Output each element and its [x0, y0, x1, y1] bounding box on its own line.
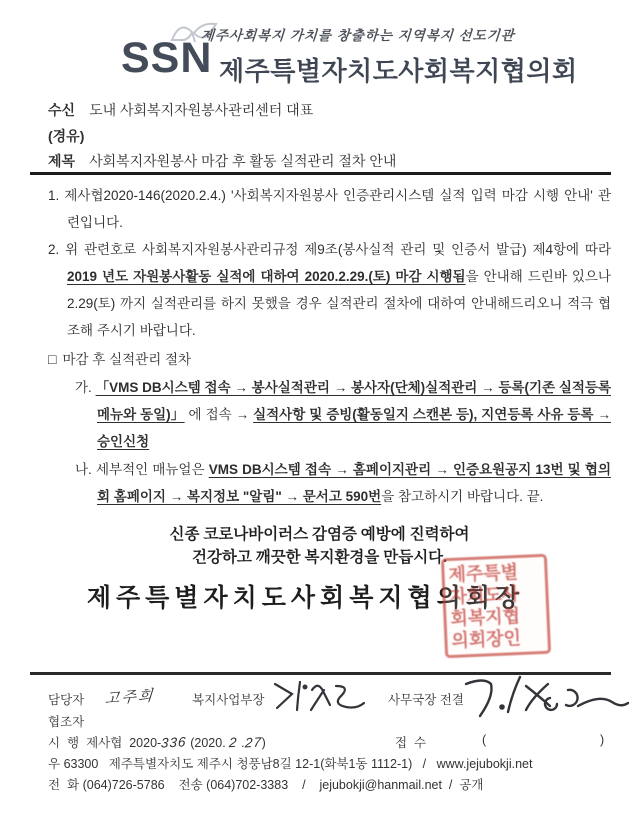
paragraph-2-text: 2. 위 관련호로 사회복지자원봉사관리규정 제9조(봉사실적 관리 및 인증서… — [48, 242, 611, 257]
subject-label: 제목 — [48, 153, 75, 169]
campaign-line-1: 신종 코로나바이러스 감염증 예방에 진력하여 — [0, 523, 639, 546]
date-open: (2020. — [187, 736, 229, 750]
item-ga-middle: 에 접속 → — [185, 407, 253, 422]
seal-row: 의회장인 — [451, 628, 544, 650]
receipt-paren-close: ) — [600, 733, 604, 747]
disclosure-label: 공개 — [459, 778, 483, 792]
tel-number: (064)726-5786 — [83, 778, 165, 792]
date-close: ) — [262, 736, 266, 750]
recipient-row: 수신도내 사회복지자원봉사관리센터 대표 — [48, 100, 313, 120]
fax-label: 전송 — [179, 778, 203, 792]
website: www.jejubokji.net — [437, 757, 533, 771]
item-na-prefix: 세부적인 매뉴얼은 — [96, 462, 209, 477]
date-day-handwritten: 27 — [244, 735, 262, 751]
document-body: 1. 제사협2020-146(2020.2.4.) '사회복지자원봉사 인증관리… — [48, 182, 611, 510]
dept-head-label: 복지사업부장 — [192, 690, 264, 708]
receipt-label: 접 수 — [395, 733, 426, 751]
recipient-value: 도내 사회복지자원봉사관리센터 대표 — [89, 102, 313, 118]
header-divider — [30, 172, 611, 175]
address: 제주특별자치도 제주시 청풍남8길 12-1(화북1동 1112-1) — [109, 757, 412, 771]
item-na-suffix: 을 참고하시기 바랍니다. 끝. — [381, 489, 543, 504]
procedure-item-ga: 가. 「VMS DB시스템 접속 → 봉사실적관리 → 봉사자(단체)실적관리 … — [48, 374, 611, 455]
manager-label: 담당자 — [48, 690, 84, 708]
dept-head-signature-icon — [272, 678, 368, 718]
receipt-paren-open: ( — [482, 733, 486, 747]
procedure-item-na: 나. 세부적인 매뉴얼은 VMS DB시스템 접속 → 홈페이지관리 → 인증요… — [48, 456, 611, 510]
ssn-logo: SSN — [121, 37, 212, 80]
subject-value: 사회복지자원봉사 마감 후 활동 실적관리 절차 안내 — [89, 153, 396, 169]
seal-row: 자치도사 — [449, 584, 542, 606]
seal-row: 제주특별 — [448, 562, 541, 584]
via-row: (경유) — [48, 126, 84, 146]
execution-label: 시 행 — [48, 736, 79, 750]
recipient-label: 수신 — [48, 102, 75, 118]
doc-number-printed: 제사협 2020- — [86, 736, 161, 750]
execution-row: 시 행 제사협 2020-336 (2020. 2 .27) — [48, 733, 266, 751]
contact-row: 전 화 (064)726-5786 전송 (064)702-3383 / jej… — [48, 775, 484, 793]
section-title: 마감 후 실적관리 절차 — [62, 352, 191, 367]
org-name: 제주특별자치도사회복지협의회 — [219, 51, 578, 88]
checkbox-icon: □ — [48, 351, 56, 367]
tel-label: 전 화 — [48, 778, 79, 792]
co-approver-label: 협조자 — [48, 712, 84, 730]
date-month-handwritten: 2 — [229, 735, 238, 751]
manager-signature: 고주희 — [104, 684, 155, 709]
seal-row: 회복지협 — [450, 606, 543, 628]
section-title-line: □마감 후 실적관리 절차 — [48, 346, 611, 373]
header-slogan: 제주사회복지 가치를 창출하는 지역복지 선도기관 — [200, 24, 541, 44]
email: jejubokji@hanmail.net — [319, 778, 441, 792]
date-dot: . — [238, 736, 245, 750]
document-page: 제주사회복지 가치를 창출하는 지역복지 선도기관 SSN 제주특별자치도사회복… — [0, 0, 639, 818]
zip-label: 우 — [48, 757, 60, 771]
official-seal: 제주특별 자치도사 회복지협 의회장인 — [441, 554, 551, 659]
paragraph-2: 2. 위 관련호로 사회복지자원봉사관리규정 제9조(봉사실적 관리 및 인증서… — [48, 236, 611, 344]
director-approval-label: 사무국장 전결 — [388, 690, 464, 708]
zip-code: 63300 — [64, 757, 99, 771]
subject-row: 제목사회복지자원봉사 마감 후 활동 실적관리 절차 안내 — [48, 151, 396, 171]
director-signature-icon — [462, 674, 634, 722]
doc-number-handwritten: 336 — [161, 734, 187, 750]
paragraph-2-underlined: 2019 년도 자원봉사활동 실적에 대하여 2020.2.29.(토) 마감 … — [67, 269, 466, 284]
paragraph-1: 1. 제사협2020-146(2020.2.4.) '사회복지자원봉사 인증관리… — [48, 182, 611, 236]
item-ga-label: 가. — [75, 380, 96, 395]
address-row: 우 63300 제주특별자치도 제주시 청풍남8길 12-1(화북1동 1112… — [48, 754, 532, 772]
fax-number: (064)702-3383 — [206, 778, 288, 792]
item-na-label: 나. — [75, 462, 96, 477]
